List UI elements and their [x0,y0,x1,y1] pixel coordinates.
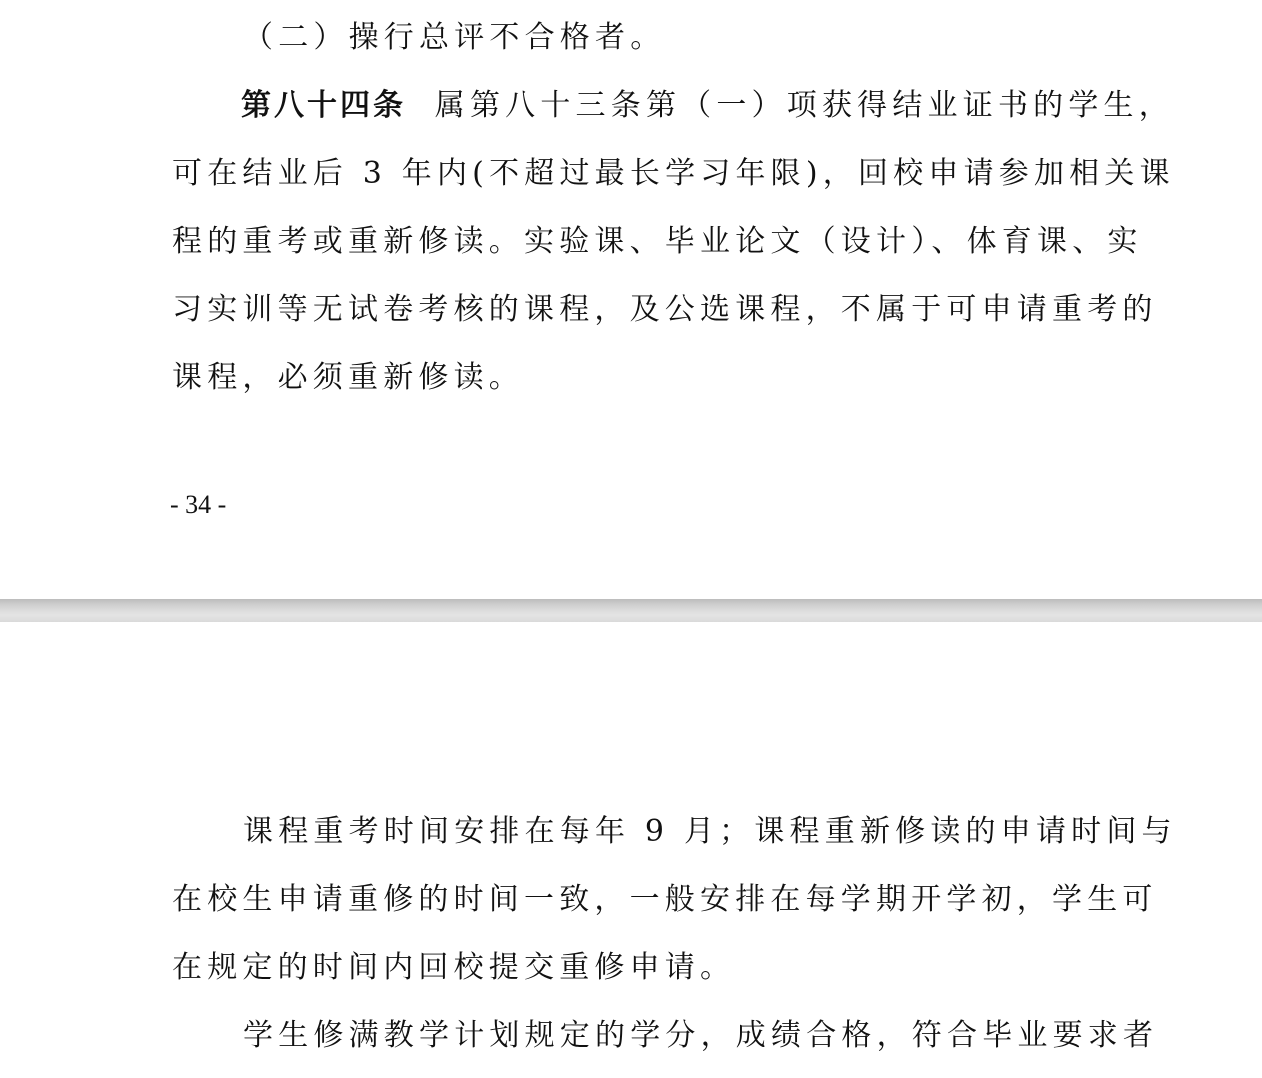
text-line: 可在结业后 3 年内(不超过最长学习年限)，回校申请参加相关课 [172,154,1175,194]
text-line: 在校生申请重修的时间一致，一般安排在每学期开学初，学生可 [172,880,1158,920]
page-separator [0,599,1262,622]
text-line: 属第八十三条第（一）项获得结业证书的学生， [435,88,1174,123]
article-heading: 第八十四条 [241,88,406,123]
page-number: - 34 - [170,488,226,522]
text-line: 在规定的时间内回校提交重修申请。 [172,948,735,988]
text-line: 程的重考或重新修读。实验课、毕业论文（设计）、体育课、实 [172,222,1143,262]
article-paragraph-first-line: 第八十四条 属第八十三条第（一）项获得结业证书的学生， [241,86,1174,126]
text-line: 课程，必须重新修读。 [172,358,524,398]
text-line: （二）操行总评不合格者。 [243,18,665,58]
document-page-34: （二）操行总评不合格者。 第八十四条 属第八十三条第（一）项获得结业证书的学生，… [0,0,1262,599]
document-page-35: 课程重考时间安排在每年 9 月；课程重新修读的申请时间与 在校生申请重修的时间一… [0,622,1262,1078]
text-line: 学生修满教学计划规定的学分，成绩合格，符合毕业要求者 [243,1016,1158,1056]
text-line: 习实训等无试卷考核的课程，及公选课程，不属于可申请重考的 [172,290,1158,330]
text-line: 课程重考时间安排在每年 9 月；课程重新修读的申请时间与 [243,812,1177,852]
